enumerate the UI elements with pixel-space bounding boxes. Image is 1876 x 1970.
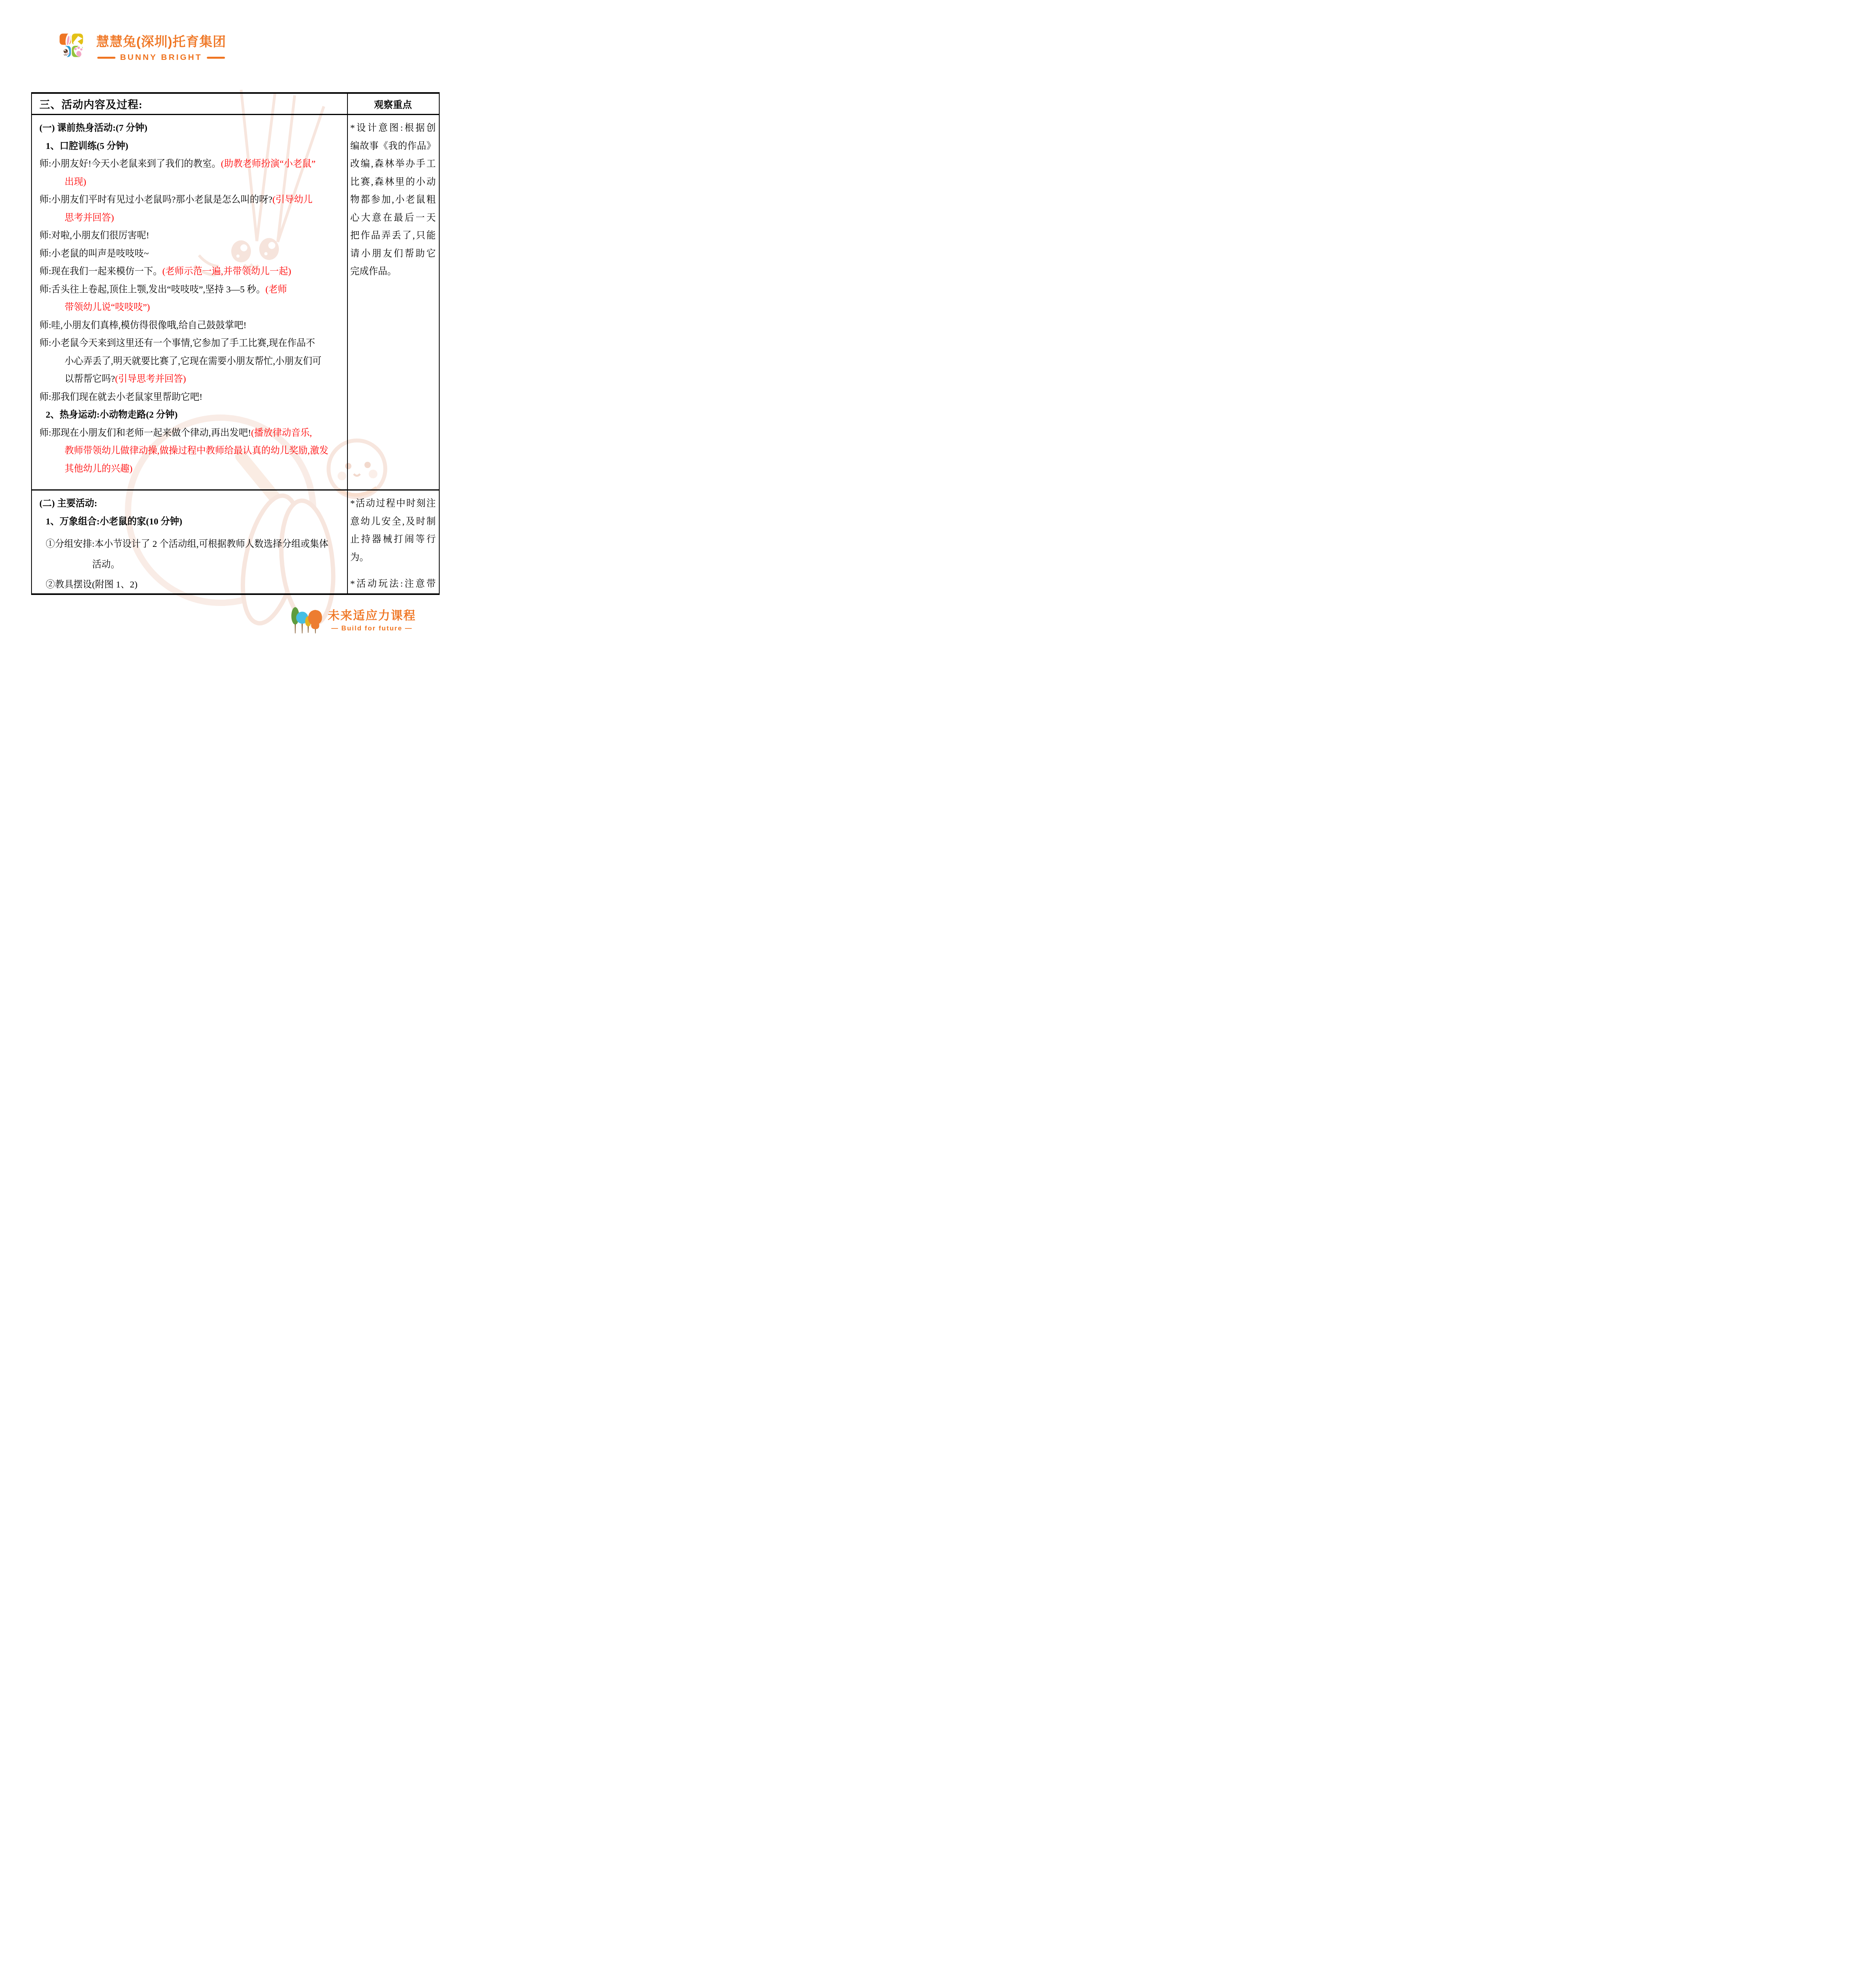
dialog-text: 完成作品。 [350, 266, 397, 277]
text-line: 改编,森林举办手工 [350, 155, 436, 173]
content-cell: (二) 主要活动:1、万象组合:小老鼠的家(10 分钟)①分组安排:本小节设计了… [32, 491, 348, 593]
text-line: 编故事《我的作品》 [350, 138, 436, 156]
dialog-text: 请小朋友们帮助它 [350, 249, 436, 259]
text-line: 比赛,森林里的小动 [350, 173, 436, 191]
dialog-text: 把作品弄丢了,只能 [350, 230, 436, 241]
text-line: 师:小朋友好!今天小老鼠来到了我们的教室。(助教老师扮演“小老鼠” [39, 155, 345, 173]
footer-logo: 未来适应力课程 — Build for future — [291, 606, 416, 635]
teacher-note-red: (播放律动音乐, [251, 428, 312, 438]
text-line: 师:那现在小朋友们和老师一起来做个律动,再出发吧!(播放律动音乐, [39, 424, 345, 442]
dialog-text: 师:舌头往上卷起,顶住上颚,发出“吱吱吱”,坚持 3—5 秒。 [39, 284, 266, 295]
text-line: 思考并回答) [39, 209, 345, 227]
text-line: *设计意图:根据创 [350, 119, 436, 138]
bunny-grid-icon [59, 33, 84, 58]
text-line: 完成作品。 [350, 263, 436, 281]
teacher-note-red: 其他幼儿的兴趣) [65, 464, 132, 474]
text-line: 止持器械打闹等行 [350, 531, 436, 549]
dialog-text: 1、口腔训练(5 分钟) [46, 141, 128, 151]
dialog-text: 活动。 [92, 559, 120, 570]
dialog-text: 师:小朋友好!今天小老鼠来到了我们的教室。 [39, 159, 221, 169]
dialog-text: 以帮帮它吗? [65, 374, 115, 384]
teacher-note-red: (引导思考并回答) [115, 374, 186, 384]
dialog-text: *设计意图:根据创 [350, 123, 436, 133]
observe-header-cell: 观察重点 [348, 94, 438, 114]
dialog-text: 师:那现在小朋友们和老师一起来做个律动,再出发吧! [39, 428, 251, 438]
dialog-text: 师:小老鼠今天来到这里还有一个事情,它参加了手工比赛,现在作品不 [39, 338, 315, 348]
text-line: 师:小老鼠今天来到这里还有一个事情,它参加了手工比赛,现在作品不 [39, 335, 345, 353]
teacher-note-red: (引导幼儿 [272, 195, 312, 205]
dialog-text: (二) 主要活动: [39, 498, 97, 509]
dialog-text: 改编,森林举办手工 [350, 159, 436, 169]
footer-title-cn: 未来适应力课程 [328, 609, 416, 623]
observe-cell: *设计意图:根据创编故事《我的作品》改编,森林举办手工比赛,森林里的小动物都参加… [348, 115, 438, 489]
dialog-text: 物都参加,小老鼠粗 [350, 195, 436, 205]
text-line: (二) 主要活动: [39, 495, 345, 513]
text-line: 为。 [350, 549, 436, 567]
dialog-text: 师:小朋友们平时有见过小老鼠吗?那小老鼠是怎么叫的呀? [39, 195, 272, 205]
teacher-note-red: 出现) [65, 177, 86, 187]
dialog-text: 比赛,森林里的小动 [350, 177, 436, 187]
section-title-cell: 三、活动内容及过程: [32, 94, 348, 114]
dialog-text: 心大意在最后一天 [350, 213, 436, 223]
dialog-text: ①分组安排:本小节设计了 2 个活动组,可根据教师人数选择分组或集体 [46, 539, 328, 549]
activity-table: 三、活动内容及过程: 观察重点 (一) 课前热身活动:(7 分钟)1、口腔训练(… [31, 92, 440, 595]
text-line: 小心弄丢了,明天就要比赛了,它现在需要小朋友帮忙,小朋友们可 [39, 353, 345, 371]
dialog-text: ②教具摆设(附图 1、2) [46, 580, 137, 590]
table-row: (二) 主要活动:1、万象组合:小老鼠的家(10 分钟)①分组安排:本小节设计了… [32, 491, 439, 593]
dialog-text: 师:哇,小朋友们真棒,模仿得很像哦,给自己鼓鼓掌吧! [39, 320, 246, 331]
text-line: 物都参加,小老鼠粗 [350, 191, 436, 209]
section-title: 三、活动内容及过程: [39, 96, 143, 112]
dialog-text: *活动玩法:注意带 [350, 579, 436, 589]
dialog-text: 师:对啦,小朋友们很厉害呢! [39, 230, 149, 241]
document-page: 慧慧兔(深圳)托育集团 BUNNY BRIGHT 三、活动内容及过程: 观察重点… [0, 0, 469, 663]
teacher-note-red: 带领幼儿说“吱吱吱”) [65, 302, 150, 312]
content-cell: (一) 课前热身活动:(7 分钟)1、口腔训练(5 分钟)师:小朋友好!今天小老… [32, 115, 348, 489]
teacher-note-red: 教师带领幼儿做律动操,做操过程中教师给最认真的幼儿奖励,激发 [65, 446, 329, 456]
text-line: 心大意在最后一天 [350, 209, 436, 227]
brand-header: 慧慧兔(深圳)托育集团 BUNNY BRIGHT [59, 33, 226, 62]
dialog-text: (一) 课前热身活动:(7 分钟) [39, 123, 147, 133]
text-line: 2、热身运动:小动物走路(2 分钟) [39, 406, 345, 424]
dialog-text: 为。 [350, 552, 369, 563]
dialog-text: 师:小老鼠的叫声是吱吱吱~ [39, 249, 149, 259]
dialog-text: 1、万象组合:小老鼠的家(10 分钟) [46, 517, 182, 527]
text-line: 师:那我们现在就去小老鼠家里帮助它吧! [39, 388, 345, 407]
text-line: 带领幼儿说“吱吱吱”) [39, 299, 345, 317]
brand-subtitle-row: BUNNY BRIGHT [97, 53, 225, 62]
footer-title-en: — Build for future — [331, 624, 412, 632]
dialog-text: *活动过程中时刻注 [350, 498, 436, 509]
text-line: 活动。 [39, 556, 345, 574]
teacher-note-red: (老师 [266, 284, 287, 295]
trees-icon [291, 606, 324, 635]
text-line: (一) 课前热身活动:(7 分钟) [39, 119, 345, 138]
brand-name-cn: 慧慧兔(深圳)托育集团 [96, 34, 226, 50]
text-line: 师:对啦,小朋友们很厉害呢! [39, 227, 345, 245]
dialog-text: 2、热身运动:小动物走路(2 分钟) [46, 410, 178, 420]
text-line: 师:小朋友们平时有见过小老鼠吗?那小老鼠是怎么叫的呀?(引导幼儿 [39, 191, 345, 209]
text-line: *活动过程中时刻注 [350, 495, 436, 513]
observe-cell: *活动过程中时刻注意幼儿安全,及时制止持器械打闹等行为。*活动玩法:注意带 [348, 491, 438, 593]
teacher-note-red: 思考并回答) [65, 213, 114, 223]
text-line: *活动玩法:注意带 [350, 575, 436, 593]
text-line: ①分组安排:本小节设计了 2 个活动组,可根据教师人数选择分组或集体 [39, 535, 345, 554]
dialog-text: 止持器械打闹等行 [350, 534, 436, 545]
table-header-row: 三、活动内容及过程: 观察重点 [32, 94, 439, 115]
text-line: ②教具摆设(附图 1、2) [39, 576, 345, 593]
dialog-text: 小心弄丢了,明天就要比赛了,它现在需要小朋友帮忙,小朋友们可 [65, 356, 321, 366]
text-line: 把作品弄丢了,只能 [350, 227, 436, 245]
teacher-note-red: (老师示范一遍,并带领幼儿一起) [162, 266, 291, 277]
dialog-text: 师:现在我们一起来模仿一下。 [39, 266, 162, 277]
right-dash [207, 57, 225, 59]
text-line: 师:小老鼠的叫声是吱吱吱~ [39, 245, 345, 263]
observe-title: 观察重点 [374, 97, 412, 111]
table-row: (一) 课前热身活动:(7 分钟)1、口腔训练(5 分钟)师:小朋友好!今天小老… [32, 115, 439, 491]
brand-name-en: BUNNY BRIGHT [120, 53, 202, 62]
blank-line [350, 567, 436, 575]
text-line: 1、口腔训练(5 分钟) [39, 138, 345, 156]
text-line: 师:哇,小朋友们真棒,模仿得很像哦,给自己鼓鼓掌吧! [39, 317, 345, 335]
text-line: 师:舌头往上卷起,顶住上颚,发出“吱吱吱”,坚持 3—5 秒。(老师 [39, 281, 345, 299]
text-line: 以帮帮它吗?(引导思考并回答) [39, 370, 345, 388]
text-line: 1、万象组合:小老鼠的家(10 分钟) [39, 513, 345, 531]
dialog-text: 师:那我们现在就去小老鼠家里帮助它吧! [39, 392, 202, 402]
dialog-text: 意幼儿安全,及时制 [350, 517, 436, 527]
text-line: 师:现在我们一起来模仿一下。(老师示范一遍,并带领幼儿一起) [39, 263, 345, 281]
text-line: 意幼儿安全,及时制 [350, 513, 436, 531]
text-line: 出现) [39, 173, 345, 191]
text-line: 请小朋友们帮助它 [350, 245, 436, 263]
left-dash [97, 57, 115, 59]
dialog-text: 编故事《我的作品》 [350, 141, 436, 151]
text-line: 其他幼儿的兴趣) [39, 460, 345, 478]
text-line: 教师带领幼儿做律动操,做操过程中教师给最认真的幼儿奖励,激发 [39, 442, 345, 460]
teacher-note-red: (助教老师扮演“小老鼠” [221, 159, 316, 169]
